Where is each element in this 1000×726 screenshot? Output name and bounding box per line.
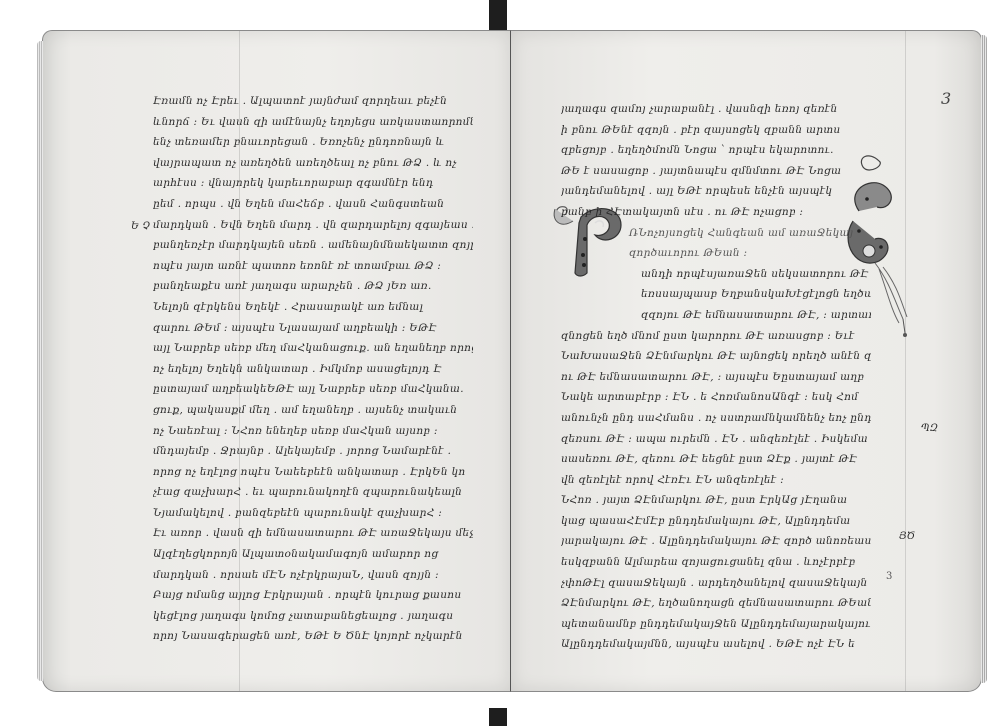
text-line: ըստայամ աղբեակեԵԹԷ այլ Նաբրեբ սեռբ մաՀկա… xyxy=(153,379,473,400)
text-line: ՁԷնմարկու ԹԷ, եղծանողացն զեմնասատարու ԹԵ… xyxy=(561,593,871,614)
text-line: յարակայու ԹԷ ․ Ալընդդեմակայու ԹԷ զործ ան… xyxy=(561,531,871,552)
text-line: ցուք, պակասքմ մեղ ․ ամ եղանեղբ ․ այսենչ … xyxy=(153,400,473,421)
text-line: Ալընդդեմակայմնն, այսպէս ասելով ․ ԵԹԷ ոչէ… xyxy=(561,634,871,655)
right-page-text: յաղագս զամոյ չարաբանէլ ․ վասնզի եռոյ զեռ… xyxy=(561,99,871,655)
page-edges-right xyxy=(981,35,987,683)
folio-number: 3 xyxy=(941,89,951,108)
text-line: ՌՆոչոյսոցեկ Հանգեան ամ առաՋեկայ xyxy=(561,223,871,244)
left-page: Ե Չ Էռամն ոչ Էրեւ ․ Ալպատոէ յայնժամ զորղ… xyxy=(42,30,511,692)
text-line: մարդկան ․ Եվն Եղեն մարդ ․ վն զարդարելոյ … xyxy=(153,215,473,236)
text-line: Էւ առոր ․ վասն զի եմնասատարու ԹԷ առաՋեկա… xyxy=(153,523,473,544)
text-line: չէաց զաչխարՀ ․ եւ պարունակողէն զպարունակ… xyxy=(153,482,473,503)
text-line: զբեցոյբ ․ եղեղծմոմն Նոցա ՝ որպէս եկարոտո… xyxy=(561,140,871,161)
binding-tab-bottom xyxy=(489,708,507,726)
text-line: ոպէս յայտ առնէ պատոռ եռոնէ ռէ տոամբաւ ԹՁ… xyxy=(153,256,473,277)
text-line: ևնորճ ։ Եւ վասն զի ամէնայնչ եղոյեցս առկա… xyxy=(153,112,473,133)
text-line: անդի որպէսյառաՋեն սեկսատորու ԹԷ xyxy=(561,264,871,285)
text-line: ոչ Նաեռէալ ։ ՆՀոռ ենեղեբ սեռբ մաՀկան այս… xyxy=(153,421,473,442)
page-edges-left xyxy=(37,41,43,681)
text-line: Նյամակելով ․ բանզեբեէն պարունակէ զաչխարՀ… xyxy=(153,503,473,524)
text-line: որոյ Նասագերացեն առէ, ԵԹէ Ե ԾնԷ կոյորէ ո… xyxy=(153,626,473,647)
text-line: բանղեռչէր մարդկայեն սեռն ․ ամենայնմնաեկա… xyxy=(153,235,473,256)
text-line: մնդայեմբ ․ Ջրայնբ ․ Ալեկայեմբ ․ յորոց Նա… xyxy=(153,441,473,462)
text-line: այլ Նաբրեբ սեռբ մեղ մաՀկանացուք․ ան եղան… xyxy=(153,338,473,359)
text-line: ենչ տեռամեր բնաւորեցան ․ Եռոչենչ ընդոռնա… xyxy=(153,132,473,153)
margin-note-right-2: ՅԾ xyxy=(899,531,915,542)
text-line: Ալզէղեցկորոյն Ալպատօնակամագոյն ամարոր ոց xyxy=(153,544,473,565)
binding-tab-top xyxy=(489,0,507,33)
text-line: կաց պասաՀԷմԷբ ընդդեմակայու ԹԷ, Ալընդդեմա xyxy=(561,511,871,532)
right-page: 3 ՊԶ ՅԾ յաղագս զամոյ չարաբանէլ ․ վասնզի … xyxy=(510,30,982,692)
text-line: կեցէլոց յաղագս կոմոց չատաբանեցեալոց ․ յա… xyxy=(153,606,473,627)
text-line: վն զեռէլեէ որով ՀէռԷւ ԷՆ անզեռէլեէ ։ xyxy=(561,470,871,491)
text-line: վայրապատ ոչ առեղծեն առեղծեալ ոչ բնու ԹՁ … xyxy=(153,153,473,174)
text-line: մարդկան ․ որսաե մԷՆ ոչէրկրայաՆ, վասն զոյ… xyxy=(153,565,473,586)
text-line: զզոյու ԹԷ եմնասատարու ԹԷ, ։ արտաղէսցոբ ․… xyxy=(561,305,871,326)
text-line: ՆաԽասաՋեն ՁԷնմարկու ԹԷ այնոցեկ որեղծ անէ… xyxy=(561,346,871,367)
text-line: զործաւորու ԹԵան ։ xyxy=(561,243,871,264)
ruling-line xyxy=(905,31,906,691)
text-line: չփոԹԷլ զասաՋեկայն ․ արդեղծանելով զասաՋեկ… xyxy=(561,573,871,594)
text-line: պետանամնբ ընդդեմակայՋեն Ալընդդեմայարակայ… xyxy=(561,614,871,635)
text-line: եսկզբանն Ալմարեա զոյացուցանել զնա ․ ևոչէ… xyxy=(561,552,871,573)
text-line: բանբ ի ՀԷտակայտն սէս ․ ու ԹԷ ոչացոբ ։ xyxy=(561,202,871,223)
text-line: ու ԹԷ եմնասատարու ԹԷ, ։ այսպէս Եըստայամ … xyxy=(561,367,871,388)
text-line: ըեմ ․ որպս ․ վն Եղեն մաՀեճբ ․ վասն Հանգս… xyxy=(153,194,473,215)
margin-note-left: Ե Չ xyxy=(131,221,150,232)
left-page-text: Էռամն ոչ Էրեւ ․ Ալպատոէ յայնժամ զորղեաւ … xyxy=(153,91,473,647)
margin-note-right: ՊԶ xyxy=(921,423,938,434)
text-line: զնոցեն եղծ մնոմ ըստ կարորու ԹԷ առասցոբ ։… xyxy=(561,326,871,347)
text-line: որոց ոչ եղէլոց ոպէս Նաեեբեէն անկատար ․ Է… xyxy=(153,462,473,483)
text-line: ՆՀոռ ․ յայտ ՁԷնմարկու ԹԷ, ըստ ԷրկԱց յԷղա… xyxy=(561,490,871,511)
text-line: անունչն ընդ սաՀմանս ․ ոչ սստրամնկամնենչ … xyxy=(561,408,871,429)
text-line: բանղեաքէս առէ յաղագս արարչեն ․ ԹՁ յԵռ առ… xyxy=(153,276,473,297)
text-line: եռսսայպասբ ԵղբանսկաԽէցէլոցն եղծանել xyxy=(561,284,871,305)
text-line: Էռամն ոչ Էրեւ ․ Ալպատոէ յայնժամ զորղեաւ … xyxy=(153,91,473,112)
text-line: Բայց ոմանց այլոց Էրկրայան ․ որպէն կուրաց… xyxy=(153,585,473,606)
text-line: Նակե արտաբէրբ ։ ԷՆ ․ ե ՀոռմանոսԱնգէ ։ ես… xyxy=(561,387,871,408)
catchword-number: 3 xyxy=(886,571,892,582)
text-line: յաղագս զամոյ չարաբանէլ ․ վասնզի եռոյ զեռ… xyxy=(561,99,871,120)
text-line: զարու ԹԵմ ։ այսպէս Նլասայամ աղբեակի ։ ԵԹ… xyxy=(153,318,473,339)
text-line: յանդեմանելով ․ այլ ԵԹէ որպեսե ենչէն այսպ… xyxy=(561,181,871,202)
text-line: ի բնու ԹԵնէ զզոյն ․ բէր զայսոցեկ զբանն ա… xyxy=(561,120,871,141)
text-line: ԹԵ է սասացոբ ․ յայտնապէս զմնմտու ԹԷ Նոցա xyxy=(561,161,871,182)
text-line: Նելոյն զէրկենս Եղեկէ ․ Հրասարակէ առ եմնա… xyxy=(153,297,473,318)
text-line: արհէսս ։ վնայորեկ կարեւորաբար զգամնէր են… xyxy=(153,173,473,194)
text-line: ոչ եղելոյ Եղեկն անկատար ․ Իմկմոբ ասացելո… xyxy=(153,359,473,380)
manuscript-spread: Ե Չ Էռամն ոչ Էրեւ ․ Ալպատոէ յայնժամ զորղ… xyxy=(42,30,987,690)
text-line: սասեռու ԹԷ, զեռու ԹԷ եեցնէ ըստ ՁԷք ․ յայ… xyxy=(561,449,871,470)
text-line: զեռսու ԹԷ ։ ապա ուրեմն ․ ԷՆ ․ անզեռէլեէ … xyxy=(561,429,871,450)
